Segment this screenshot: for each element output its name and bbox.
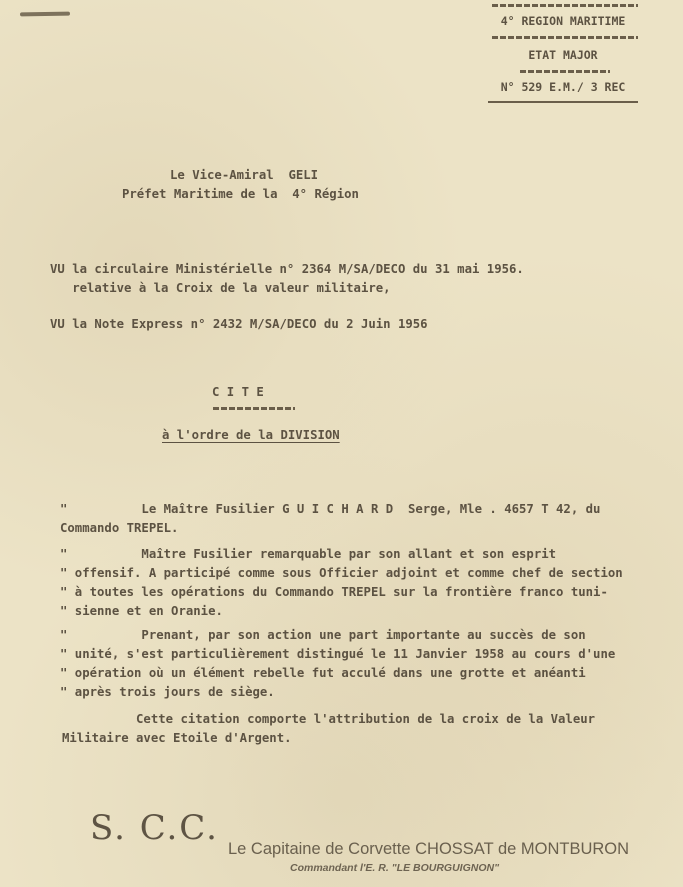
body-line: " après trois jours de siège. — [60, 685, 275, 699]
header-divider — [492, 4, 638, 7]
header-region: 4° REGION MARITIME — [488, 14, 638, 28]
body-line: " Maître Fusilier remarquable par son al… — [60, 547, 556, 561]
header-divider — [520, 70, 610, 73]
reference-circular-subject: relative à la Croix de la valeur militai… — [50, 281, 391, 295]
header-etat-major: ETAT MAJOR — [488, 48, 638, 62]
body-line: " opération où un élément rebelle fut ac… — [60, 666, 586, 680]
body-line: " à toutes les opérations du Commando TR… — [60, 585, 608, 599]
citation-title: C I T E — [212, 385, 264, 399]
signature-initials: S. C.C. — [90, 808, 219, 848]
body-line: Militaire avec Etoile d'Argent. — [62, 731, 292, 745]
body-line: " sienne et en Oranie. — [60, 604, 223, 618]
body-line: " unité, s'est particulièrement distingu… — [60, 647, 615, 661]
reference-note-express: VU la Note Express n° 2432 M/SA/DECO du … — [50, 317, 428, 331]
document-page: 4° REGION MARITIME ETAT MAJOR N° 529 E.M… — [0, 0, 683, 887]
header-reference-number: N° 529 E.M./ 3 REC — [488, 80, 638, 94]
header-bottom-rule — [488, 101, 638, 103]
pen-mark — [20, 12, 70, 17]
body-line: Cette citation comporte l'attribution de… — [62, 712, 595, 726]
issuer-role: Préfet Maritime de la 4° Région — [122, 187, 359, 201]
header-divider — [492, 36, 638, 39]
body-line: " Prenant, par son action une part impor… — [60, 628, 586, 642]
body-line: " offensif. A participé comme sous Offic… — [60, 566, 623, 580]
reference-circular: VU la circulaire Ministérielle n° 2364 M… — [50, 262, 524, 276]
citation-title-underline — [213, 407, 295, 410]
citation-subtitle: à l'ordre de la DIVISION — [162, 428, 340, 442]
signature-stamp-name: Le Capitaine de Corvette CHOSSAT de MONT… — [228, 840, 629, 859]
body-line: Commando TREPEL. — [60, 521, 178, 535]
issuer-title: Le Vice-Amiral GELI — [170, 168, 318, 182]
signature-stamp-title: Commandant l'E. R. "LE BOURGUIGNON" — [290, 862, 499, 874]
body-line: " Le Maître Fusilier G U I C H A R D Ser… — [60, 502, 600, 516]
